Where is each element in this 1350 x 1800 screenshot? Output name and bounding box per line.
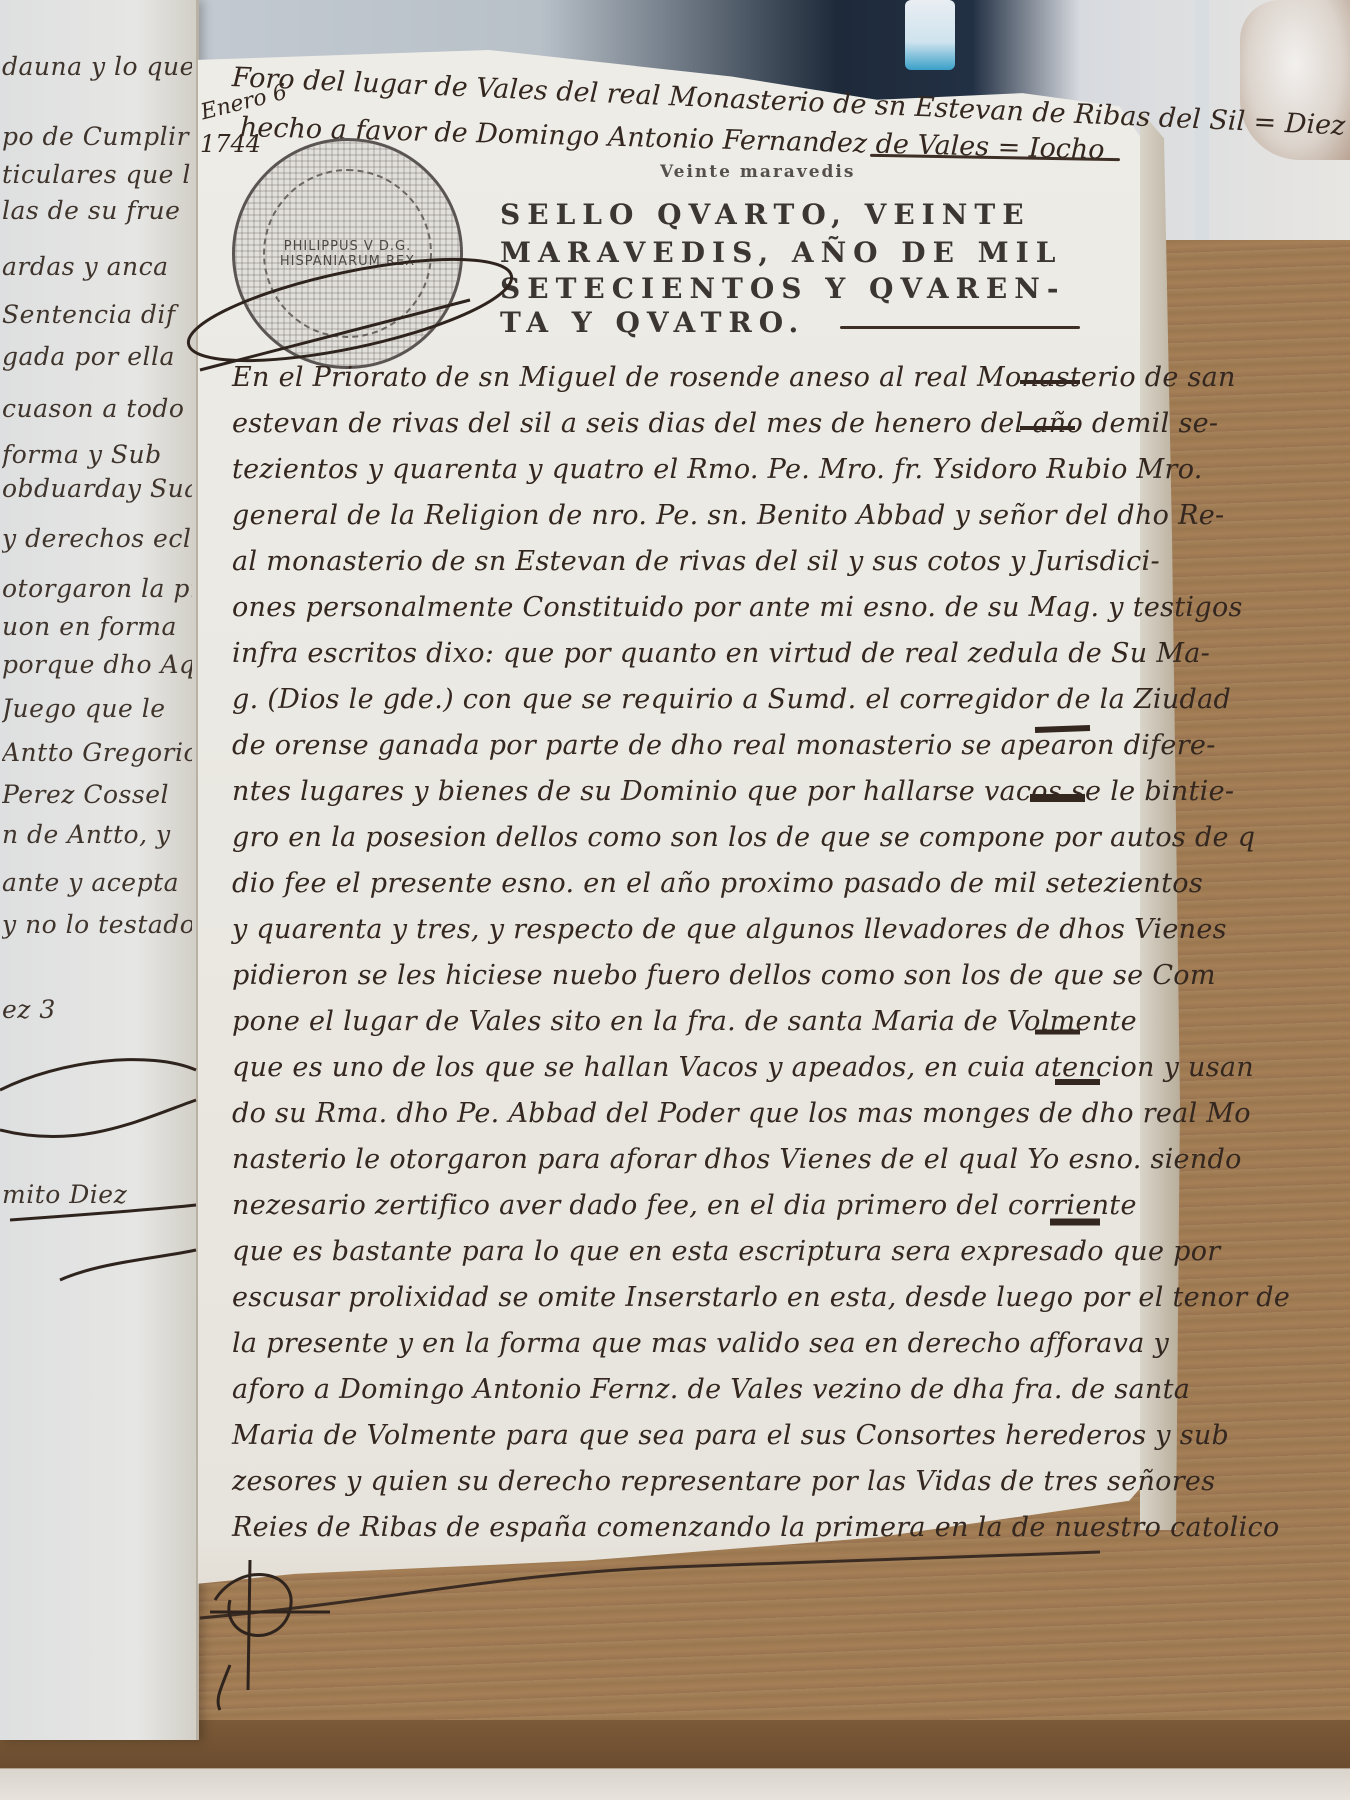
body-line: ones personalmente Constituido por ante …: [232, 592, 1243, 623]
left-page-line: y derechos ecle: [2, 524, 192, 558]
background-bottle: [905, 0, 955, 70]
body-line: pidieron se les hiciese nuebo fuero dell…: [232, 960, 1216, 991]
left-page: dauna y lo que po de Cumplir ticulares q…: [0, 0, 199, 1740]
left-page-line: otorgaron la pre: [2, 574, 192, 608]
stamp-value-note: Veinte maravedis: [660, 162, 855, 182]
body-line: que es uno de los que se hallan Vacos y …: [232, 1052, 1254, 1083]
body-line: que es bastante para lo que en esta escr…: [232, 1236, 1220, 1267]
body-line: infra escritos dixo: que por quanto en v…: [232, 638, 1210, 669]
left-page-line: ante y acepta: [2, 868, 192, 902]
left-page-line: porque dho Aqu: [2, 650, 192, 684]
left-page-line: dauna y lo que: [2, 52, 192, 86]
body-line: dio fee el presente esno. en el año prox…: [232, 868, 1203, 899]
stamp-header-line-1: SELLO QVARTO, VEINTE: [500, 198, 1031, 231]
body-line: g. (Dios le gde.) con que se requirio a …: [232, 684, 1231, 715]
left-page-line: las de su frue: [2, 196, 192, 230]
left-page-line: y no lo testado: [2, 910, 192, 944]
left-page-line: gada por ella: [2, 342, 192, 376]
body-line: ntes lugares y bienes de su Dominio que …: [232, 776, 1234, 807]
body-line: y quarenta y tres, y respecto de que alg…: [232, 914, 1227, 945]
left-page-line: obduarday Suas: [2, 474, 192, 508]
body-line: al monasterio de sn Estevan de rivas del…: [232, 546, 1160, 577]
body-line: aforo a Domingo Antonio Fernz. de Vales …: [232, 1374, 1190, 1405]
body-line: do su Rma. dho Pe. Abbad del Poder que l…: [232, 1098, 1251, 1129]
body-line: tezientos y quarenta y quatro el Rmo. Pe…: [232, 454, 1203, 485]
body-line: Maria de Volmente para que sea para el s…: [232, 1420, 1229, 1451]
body-line: zesores y quien su derecho representare …: [232, 1466, 1215, 1497]
left-page-line: ez 3: [2, 995, 192, 1029]
table-edge: [0, 1720, 1350, 1800]
body-line: escusar prolixidad se omite Inserstarlo …: [232, 1282, 1290, 1313]
body-line: general de la Religion de nro. Pe. sn. B…: [232, 500, 1224, 531]
left-page-line: ardas y anca: [2, 252, 192, 286]
stamp-header-line-2: MARAVEDIS, AÑO DE MIL: [500, 236, 1062, 269]
body-line: de orense ganada por parte de dho real m…: [232, 730, 1216, 761]
body-line: la presente y en la forma que mas valido…: [232, 1328, 1169, 1359]
royal-seal: PHILIPPUS V D.G. HISPANIARUM REX: [232, 138, 463, 369]
left-page-line: Sentencia dif: [2, 300, 192, 334]
left-page-line: Juego que le: [2, 694, 192, 728]
stamp-header-rule: [840, 326, 1080, 329]
body-line: gro en la posesion dellos como son los d…: [232, 822, 1255, 853]
left-page-signature: mito Diez: [2, 1180, 192, 1214]
body-line: nasterio le otorgaron para aforar dhos V…: [232, 1144, 1242, 1175]
left-page-line: Perez Cossel: [2, 780, 192, 814]
stamp-header-line-3: SETECIENTOS Y QVAREN-: [500, 272, 1065, 305]
left-page-line: forma y Sub: [2, 440, 192, 474]
body-line: En el Priorato de sn Miguel de rosende a…: [232, 362, 1236, 393]
seal-legend: PHILIPPUS V D.G. HISPANIARUM REX: [235, 239, 460, 269]
body-line: Reies de Ribas de españa comenzando la p…: [232, 1512, 1280, 1543]
left-page-line: po de Cumplir: [2, 122, 192, 156]
body-line: pone el lugar de Vales sito en la fra. d…: [232, 1006, 1137, 1037]
body-line: estevan de rivas del sil a seis dias del…: [232, 408, 1218, 439]
left-page-line: Antto Gregorio: [2, 738, 192, 772]
body-line: nezesario zertifico aver dado fee, en el…: [232, 1190, 1137, 1221]
left-page-line: ticulares que le: [2, 160, 192, 194]
left-page-line: uon en forma: [2, 612, 192, 646]
left-page-line: n de Antto, y: [2, 820, 192, 854]
left-page-line: cuason a todo: [2, 394, 192, 428]
stamp-header-line-4: TA Y QVATRO.: [500, 306, 805, 339]
